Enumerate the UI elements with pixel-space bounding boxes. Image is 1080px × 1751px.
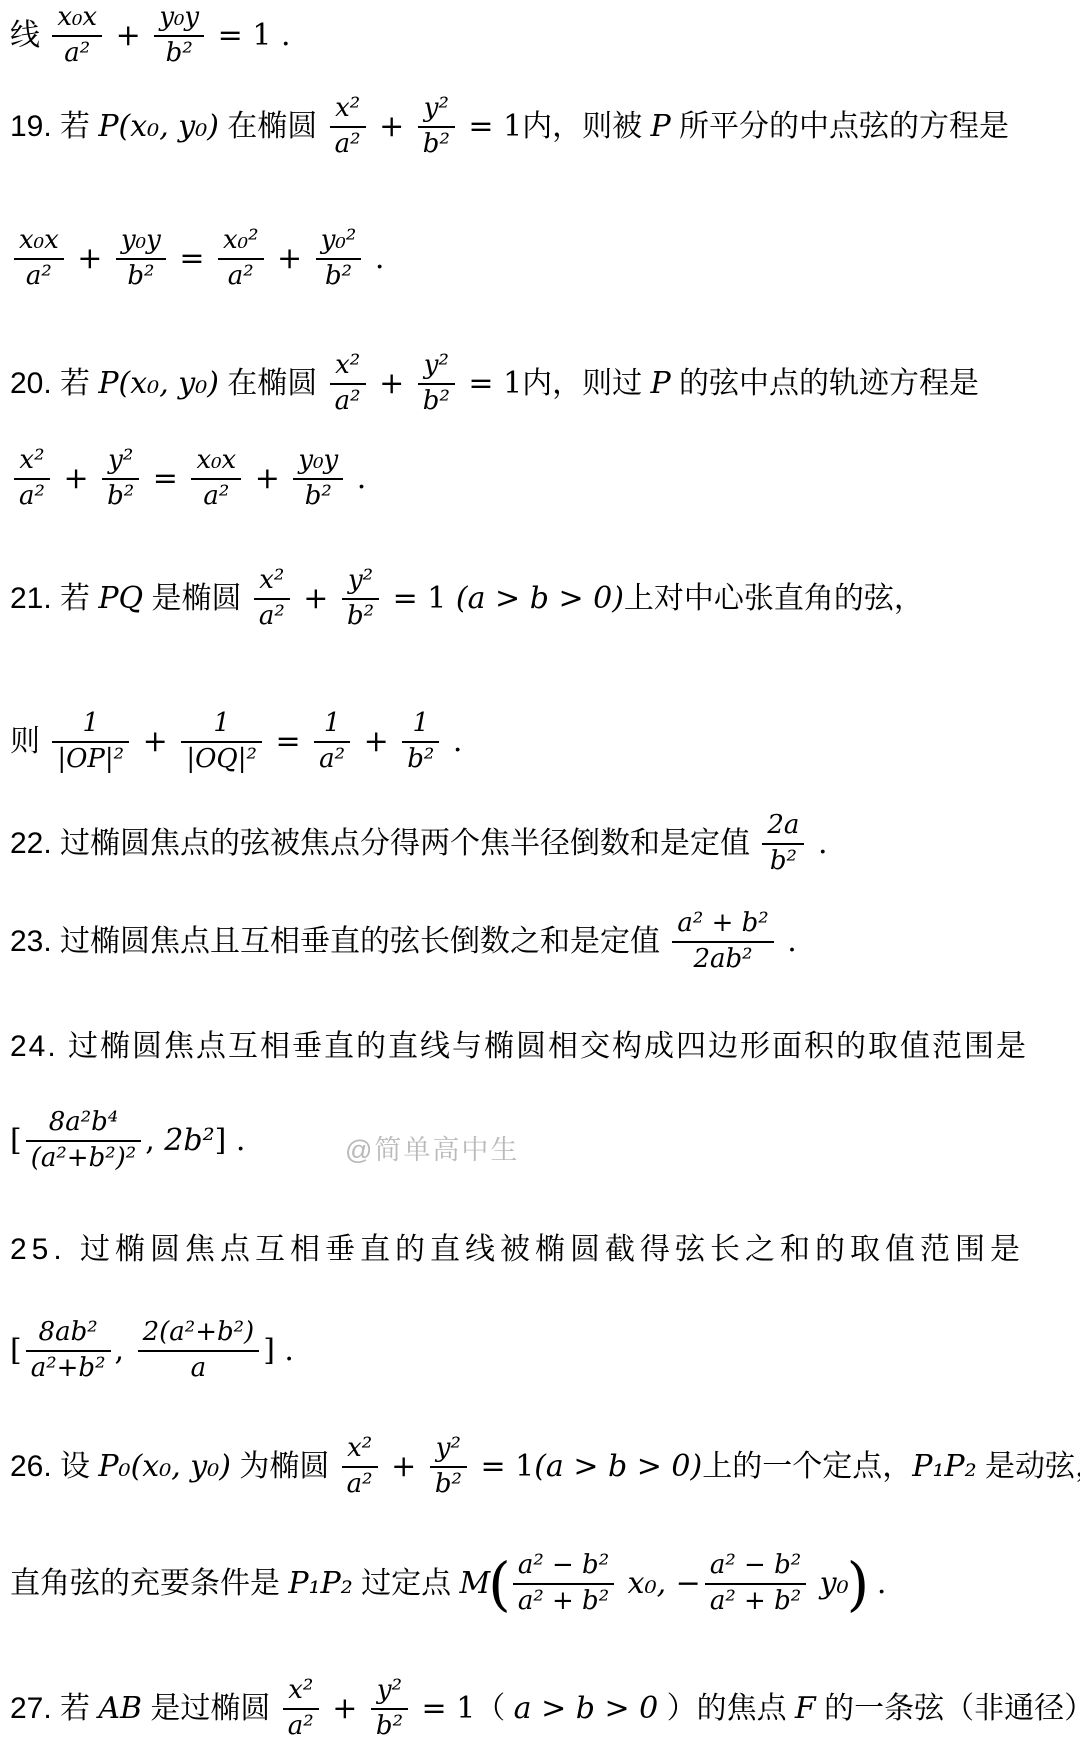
fraction: 1b²	[402, 708, 439, 775]
fraction: y₀yb²	[293, 445, 343, 512]
fraction: 1|OQ|²	[181, 708, 262, 775]
text-segment: 是动弦，则	[977, 1448, 1080, 1486]
fraction: y²b²	[342, 565, 379, 632]
fraction: y₀yb²	[154, 2, 204, 69]
text-segment: 是过椭圆	[142, 1690, 279, 1728]
fraction: 1|OP|²	[52, 708, 129, 775]
fraction: 1a²	[314, 708, 350, 775]
text-segment: P₀(x₀, y₀)	[98, 1448, 231, 1486]
text-segment: 所平分的中点弦的方程是	[671, 108, 1009, 146]
text-segment: +	[294, 580, 338, 618]
text-segment: 是椭圆	[143, 580, 250, 618]
fraction: 8ab²a²+b²	[26, 1317, 111, 1384]
big-paren: )	[847, 1555, 870, 1613]
text-segment: P₁P₂	[912, 1448, 976, 1486]
text-segment: +	[268, 240, 312, 278]
text-segment: .	[271, 17, 290, 55]
text-segment: 直角弦的充要条件是	[10, 1565, 288, 1603]
text-segment: +	[370, 365, 414, 403]
fraction: 2ab²	[762, 810, 804, 877]
text-segment: [	[10, 1332, 22, 1370]
text-segment: 线	[10, 17, 48, 55]
fraction: y²b²	[418, 93, 455, 160]
text-segment: P(x₀, y₀)	[98, 365, 219, 403]
text-segment: 27. 若	[10, 1690, 98, 1728]
text-segment: 26. 设	[10, 1448, 98, 1486]
text-segment: +	[370, 108, 414, 146]
watermark: @简单高中生	[345, 1128, 519, 1167]
fraction: y²b²	[430, 1433, 467, 1500]
text-segment: 内，则过	[522, 365, 650, 403]
text-segment: +	[382, 1448, 426, 1486]
item-20-line: 20. 若 P(x₀, y₀) 在椭圆 x²a² + y²b² = 1内，则过 …	[10, 350, 979, 417]
text-segment: 21. 若	[10, 580, 98, 618]
item-24-line: 24. 过椭圆焦点互相垂直的直线与椭圆相交构成四边形面积的取值范围是	[10, 1028, 1028, 1066]
text-segment: 为椭圆	[231, 1448, 338, 1486]
text-segment: +	[68, 240, 112, 278]
text-segment: 的弦中点的轨迹方程是	[671, 365, 979, 403]
text-segment: ,	[115, 1332, 134, 1370]
text-segment: 上对中心张直角的弦，	[624, 580, 924, 618]
text-segment: P	[651, 365, 671, 403]
fraction: x²a²	[342, 1433, 378, 1500]
fraction: x²a²	[254, 565, 290, 632]
text-segment: 19. 若	[10, 108, 98, 146]
text-segment: =	[170, 240, 214, 278]
item-19-line: 19. 若 P(x₀, y₀) 在椭圆 x²a² + y²b² = 1内，则被 …	[10, 93, 1009, 160]
fraction: y²b²	[371, 1675, 408, 1742]
text-segment: （	[475, 1690, 513, 1728]
fraction: x²a²	[14, 445, 50, 512]
text-segment: 22. 过椭圆焦点的弦被焦点分得两个焦半径倒数和是定值	[10, 825, 758, 863]
fraction: a² − b²a² + b²	[705, 1550, 806, 1617]
item-26-continuation: 直角弦的充要条件是 P₁P₂ 过定点 M(a² − b²a² + b² x₀, …	[10, 1550, 886, 1617]
big-paren: (	[488, 1555, 511, 1613]
fraction: a² − b²a² + b²	[513, 1550, 614, 1617]
text-segment: y₀	[810, 1565, 849, 1603]
text-segment: .	[867, 1565, 886, 1603]
item-20-formula: x²a² + y²b² = x₀xa² + y₀yb² .	[10, 445, 366, 512]
text-segment: ] .	[215, 1122, 246, 1160]
text-segment: 20. 若	[10, 365, 98, 403]
text-segment: =	[266, 723, 310, 761]
fraction: y²b²	[102, 445, 139, 512]
text-segment: 则	[10, 723, 48, 761]
item-26-line: 26. 设 P₀(x₀, y₀) 为椭圆 x²a² + y²b² = 1(a >…	[10, 1433, 1080, 1500]
fraction: 2(a²+b²)a	[138, 1317, 260, 1384]
text-segment: = 1	[471, 1448, 534, 1486]
text-segment: 内，则被	[522, 108, 650, 146]
text-segment: ,	[145, 1122, 164, 1160]
math-notes-page: { "page": { "watermark": "@简单高中生" }, "li…	[0, 0, 1080, 1751]
text-segment: P(x₀, y₀)	[98, 108, 219, 146]
fraction: x₀²a²	[218, 225, 264, 292]
item-23-line: 23. 过椭圆焦点且互相垂直的弦长倒数之和是定值 a² + b²2ab² .	[10, 908, 797, 975]
text-segment: = 1	[459, 365, 522, 403]
text-segment: 25. 过椭圆焦点互相垂直的直线被椭圆截得弦长之和的取值范围是	[10, 1231, 1025, 1269]
text-segment: ] .	[263, 1332, 294, 1370]
text-segment: .	[347, 460, 366, 498]
fraction: a² + b²2ab²	[672, 908, 773, 975]
text-segment: (a > b > 0)	[456, 580, 624, 618]
text-segment: a > b > 0	[514, 1690, 659, 1728]
fraction: x²a²	[283, 1675, 319, 1742]
text-segment: +	[133, 723, 177, 761]
text-segment: +	[106, 17, 150, 55]
text-segment: x₀, −	[618, 1565, 701, 1603]
text-segment: = 1	[412, 1690, 475, 1728]
text-segment: 过定点	[353, 1565, 460, 1603]
text-segment: AB	[98, 1690, 142, 1728]
text-segment: (a > b > 0)	[534, 1448, 702, 1486]
fraction: y²b²	[418, 350, 455, 417]
text-segment: 2b²	[164, 1122, 214, 1160]
text-segment: .	[365, 240, 384, 278]
item-27-line: 27. 若 AB 是过椭圆 x²a² + y²b² = 1（ a > b > 0…	[10, 1675, 1080, 1742]
text-segment: 24. 过椭圆焦点互相垂直的直线与椭圆相交构成四边形面积的取值范围是	[10, 1028, 1028, 1066]
fraction: y₀²b²	[316, 225, 362, 292]
text-segment: [	[10, 1122, 22, 1160]
text-segment: +	[354, 723, 398, 761]
text-segment: +	[323, 1690, 367, 1728]
text-segment: +	[54, 460, 98, 498]
text-segment: 在椭圆	[219, 108, 326, 146]
text-segment: P	[651, 108, 671, 146]
fraction: x²a²	[330, 350, 366, 417]
item-25-line: 25. 过椭圆焦点互相垂直的直线被椭圆截得弦长之和的取值范围是	[10, 1231, 1025, 1269]
text-segment: ）的焦点	[658, 1690, 795, 1728]
fraction: x²a²	[330, 93, 366, 160]
text-segment: 的一条弦（非通径），弦	[816, 1690, 1080, 1728]
fraction: x₀xa²	[52, 2, 102, 69]
text-segment: = 1	[383, 580, 456, 618]
item-19-formula: x₀xa² + y₀yb² = x₀²a² + y₀²b² .	[10, 225, 384, 292]
text-segment: = 1	[208, 17, 271, 55]
text-segment: =	[143, 460, 187, 498]
item-25-formula: [8ab²a²+b², 2(a²+b²)a] .	[10, 1317, 294, 1384]
item-24-formula: [8a²b⁴(a²+b²)², 2b²] .	[10, 1107, 245, 1174]
text-segment: PQ	[98, 580, 143, 618]
text-segment: 在椭圆	[219, 365, 326, 403]
item-22-line: 22. 过椭圆焦点的弦被焦点分得两个焦半径倒数和是定值 2ab² .	[10, 810, 828, 877]
fraction: x₀xa²	[191, 445, 241, 512]
item-21-line: 21. 若 PQ 是椭圆 x²a² + y²b² = 1 (a > b > 0)…	[10, 565, 924, 632]
text-segment: F	[795, 1690, 816, 1728]
text-segment: = 1	[459, 108, 522, 146]
fraction: x₀xa²	[14, 225, 64, 292]
text-segment: P₁P₂	[288, 1565, 352, 1603]
text-segment: 上的一个定点，	[702, 1448, 912, 1486]
text-segment: .	[443, 723, 462, 761]
fraction: y₀yb²	[116, 225, 166, 292]
text-segment: .	[778, 923, 797, 961]
text-segment: M	[459, 1565, 490, 1603]
fraction: 8a²b⁴(a²+b²)²	[26, 1107, 142, 1174]
text-segment: 23. 过椭圆焦点且互相垂直的弦长倒数之和是定值	[10, 923, 668, 961]
item-21-formula: 则 1|OP|² + 1|OQ|² = 1a² + 1b² .	[10, 708, 462, 775]
text-segment: .	[808, 825, 827, 863]
text-segment: +	[245, 460, 289, 498]
continuation-line: 线 x₀xa² + y₀yb² = 1 .	[10, 2, 291, 69]
